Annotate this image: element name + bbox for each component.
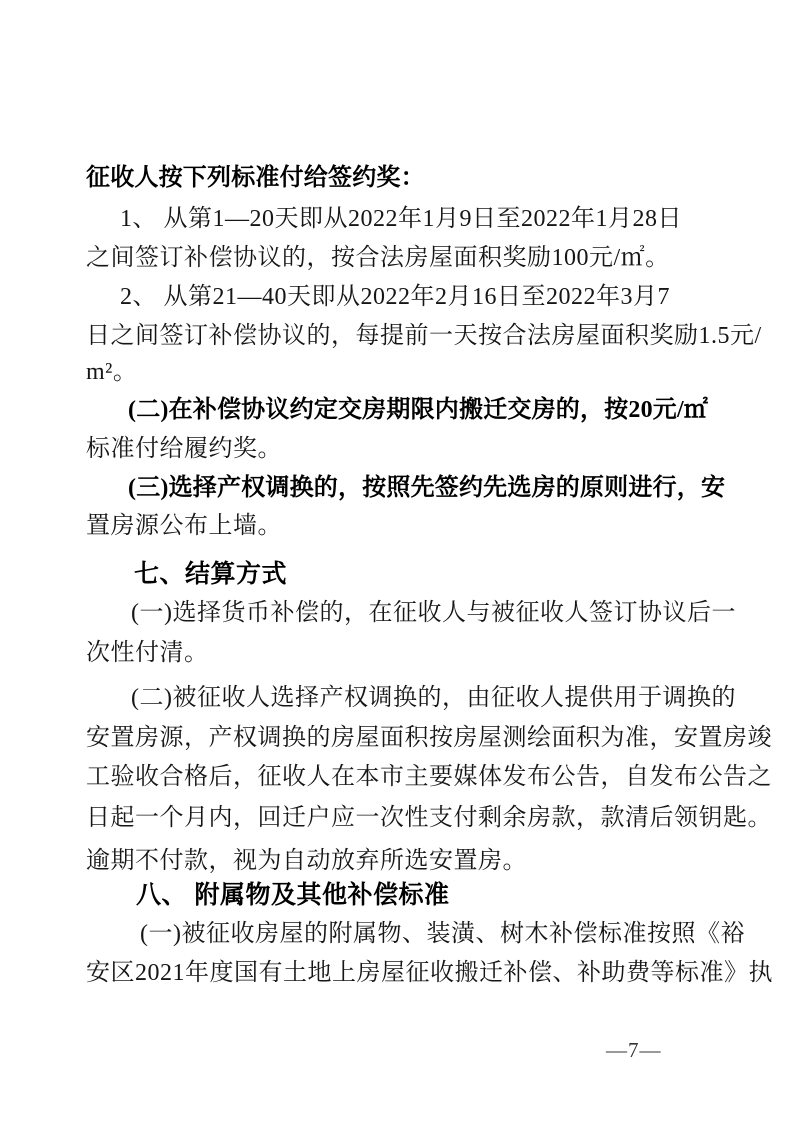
paragraph-line: 安区2021年度国有土地上房屋征收搬迁补偿、补助费等标准》执 (86, 961, 773, 986)
paragraph-line: (二)被征收人选择产权调换的，由征收人提供用于调换的 (131, 686, 736, 711)
section-heading: 七、结算方式 (134, 561, 287, 587)
paragraph-line: (二)在补偿协议约定交房期限内搬迁交房的，按20元/㎡ (128, 398, 708, 423)
paragraph-line: 2、 从第21—40天即从2022年2月16日至2022年3月7 (120, 285, 670, 310)
page-number: —7— (606, 1038, 662, 1063)
paragraph-line: m²。 (86, 360, 137, 385)
section-heading: 八、 附属物及其他补偿标准 (136, 882, 449, 908)
paragraph-line: (一)被征收房屋的附属物、装潢、树木补偿标准按照《裕 (140, 922, 745, 947)
paragraph-line: 次性付清。 (86, 641, 209, 666)
paragraph-line: 标准付给履约奖。 (86, 437, 282, 462)
paragraph-line: (一)选择货币补偿的，在征收人与被征收人签订协议后一 (131, 601, 736, 626)
paragraph-line: 日起一个月内，回迁户应一次性支付剩余房款，款清后领钥匙。 (86, 806, 772, 831)
paragraph-line: 1、 从第1—20天即从2022年1月9日至2022年1月28日 (120, 207, 682, 232)
paragraph-line: 置房源公布上墙。 (86, 514, 282, 539)
paragraph-line: 日之间签订补偿协议的，每提前一天按合法房屋面积奖励1.5元/ (86, 324, 762, 349)
paragraph-line: 安置房源，产权调换的房屋面积按房屋测绘面积为准，安置房竣 (86, 726, 772, 751)
paragraph-line: 征收人按下列标准付给签约奖： (86, 166, 425, 191)
paragraph-line: 工验收合格后，征收人在本市主要媒体发布公告，自发布公告之 (86, 765, 772, 790)
paragraph-line: (三)选择产权调换的，按照先签约先选房的原则进行，安 (128, 476, 725, 501)
paragraph-line: 之间签订补偿协议的，按合法房屋面积奖励100元/㎡。 (86, 246, 670, 271)
paragraph-line: 逾期不付款，视为自动放弃所选安置房。 (86, 849, 527, 874)
document-page: 征收人按下列标准付给签约奖： 1、 从第1—20天即从2022年1月9日至202… (0, 0, 803, 1129)
